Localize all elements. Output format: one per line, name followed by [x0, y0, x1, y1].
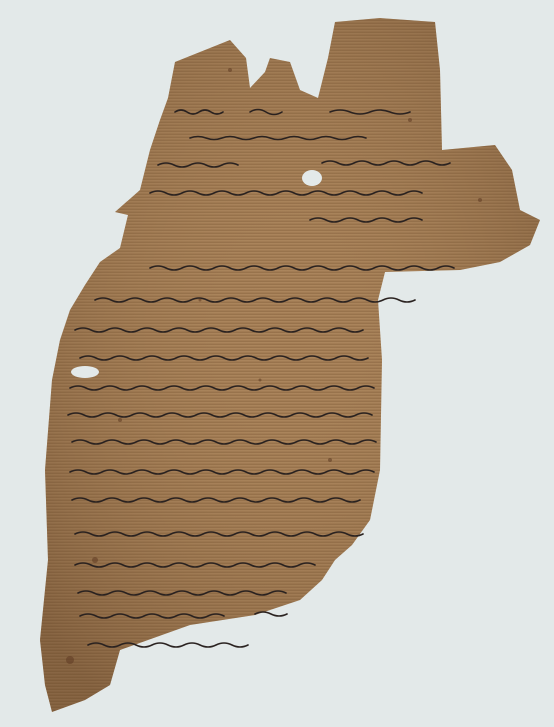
papyrus-fragment	[0, 0, 554, 727]
hole	[302, 170, 322, 186]
photo-stage: Ancient papyrus fragment with Greek curs…	[0, 0, 554, 727]
hole	[71, 366, 99, 378]
